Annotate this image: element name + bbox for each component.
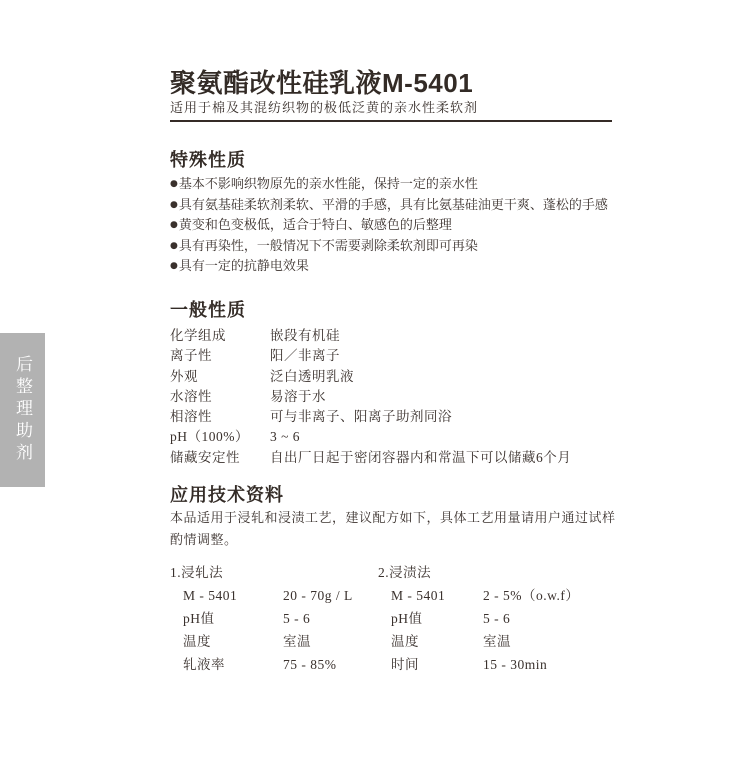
property-value: 自出厂日起于密闭容器内和常温下可以储藏6个月 [270, 448, 571, 468]
table-row: M - 5401 20 - 70g / L [170, 584, 353, 607]
method-title: 2.浸渍法 [378, 561, 579, 584]
property-label: pH（100%） [170, 427, 270, 447]
datasheet-page: 后整理助剂 聚氨酯改性硅乳液M-5401 适用于棉及其混纺织物的极低泛黄的亲水性… [0, 0, 747, 768]
table-row: pH值 5 - 6 [170, 607, 353, 630]
parameter-value: 20 - 70g / L [283, 584, 353, 607]
table-row: pH值 5 - 6 [378, 607, 579, 630]
section-heading-general-properties: 一般性质 [170, 296, 246, 322]
property-label: 储藏安定性 [170, 448, 270, 468]
table-row: 化学组成 嵌段有机硅 [170, 326, 571, 346]
category-tab-label: 后整理助剂 [10, 355, 35, 465]
property-label: 化学组成 [170, 326, 270, 346]
parameter-label: 轧液率 [183, 653, 283, 676]
table-row: M - 5401 2 - 5%（o.w.f） [378, 584, 579, 607]
list-item: ●具有一定的抗静电效果 [170, 256, 608, 277]
general-properties-table: 化学组成 嵌段有机硅 离子性 阳／非离子 外观 泛白透明乳液 水溶性 易溶于水 … [170, 326, 571, 468]
property-label: 外观 [170, 367, 270, 387]
table-row: 相溶性 可与非离子、阳离子助剂同浴 [170, 407, 571, 427]
category-tab: 后整理助剂 [0, 333, 45, 487]
bullet-icon: ● [170, 237, 178, 257]
property-value: 易溶于水 [270, 387, 326, 407]
parameter-value: 2 - 5%（o.w.f） [483, 584, 579, 607]
table-row: 轧液率 75 - 85% [170, 653, 353, 676]
property-label: 相溶性 [170, 407, 270, 427]
list-item-text: 黄变和色变极低，适合于特白、敏感色的后整理 [179, 217, 452, 232]
table-row: 温度 室温 [378, 630, 579, 653]
list-item-text: 具有再染性，一般情况下不需要剥除柔软剂即可再染 [179, 238, 478, 253]
table-row: 水溶性 易溶于水 [170, 387, 571, 407]
page-subtitle: 适用于棉及其混纺织物的极低泛黄的亲水性柔软剂 [170, 97, 478, 116]
bullet-icon: ● [170, 257, 178, 277]
application-intro: 本品适用于浸轧和浸渍工艺，建议配方如下，具体工艺用量请用户通过试样酌情调整。 [170, 507, 622, 550]
property-label: 水溶性 [170, 387, 270, 407]
page-title: 聚氨酯改性硅乳液M-5401 [170, 63, 473, 100]
bullet-icon: ● [170, 216, 178, 236]
parameter-value: 室温 [283, 630, 311, 653]
property-value: 3 ~ 6 [270, 427, 300, 447]
method-dipping-process: 2.浸渍法 M - 5401 2 - 5%（o.w.f） pH值 5 - 6 温… [378, 561, 579, 676]
parameter-value: 5 - 6 [283, 607, 310, 630]
property-value: 阳／非离子 [270, 346, 340, 366]
special-properties-list: ●基本不影响织物原先的亲水性能，保持一定的亲水性 ●具有氨基硅柔软剂柔软、平滑的… [170, 174, 608, 277]
parameter-label: 时间 [391, 653, 483, 676]
list-item: ●基本不影响织物原先的亲水性能，保持一定的亲水性 [170, 174, 608, 195]
property-value: 可与非离子、阳离子助剂同浴 [270, 407, 452, 427]
list-item-text: 具有一定的抗静电效果 [179, 258, 309, 273]
list-item: ●具有再染性，一般情况下不需要剥除柔软剂即可再染 [170, 236, 608, 257]
table-row: 储藏安定性 自出厂日起于密闭容器内和常温下可以储藏6个月 [170, 448, 571, 468]
bullet-icon: ● [170, 196, 178, 216]
title-divider [170, 120, 612, 122]
parameter-label: pH值 [391, 607, 483, 630]
parameter-value: 75 - 85% [283, 653, 337, 676]
parameter-value: 室温 [483, 630, 511, 653]
parameter-label: M - 5401 [391, 584, 483, 607]
parameter-value: 15 - 30min [483, 653, 547, 676]
list-item-text: 具有氨基硅柔软剂柔软、平滑的手感，具有比氨基硅油更干爽、蓬松的手感 [179, 197, 608, 212]
method-padding-process: 1.浸轧法 M - 5401 20 - 70g / L pH值 5 - 6 温度… [170, 561, 353, 676]
parameter-label: 温度 [183, 630, 283, 653]
property-value: 泛白透明乳液 [270, 367, 354, 387]
parameter-label: 温度 [391, 630, 483, 653]
table-row: 离子性 阳／非离子 [170, 346, 571, 366]
section-heading-application: 应用技术资料 [170, 481, 284, 507]
property-label: 离子性 [170, 346, 270, 366]
table-row: 温度 室温 [170, 630, 353, 653]
table-row: 时间 15 - 30min [378, 653, 579, 676]
list-item-text: 基本不影响织物原先的亲水性能，保持一定的亲水性 [179, 176, 478, 191]
section-heading-special-properties: 特殊性质 [170, 146, 246, 172]
table-row: 外观 泛白透明乳液 [170, 367, 571, 387]
list-item: ●具有氨基硅柔软剂柔软、平滑的手感，具有比氨基硅油更干爽、蓬松的手感 [170, 195, 608, 216]
parameter-label: pH值 [183, 607, 283, 630]
property-value: 嵌段有机硅 [270, 326, 340, 346]
table-row: pH（100%） 3 ~ 6 [170, 427, 571, 447]
bullet-icon: ● [170, 175, 178, 195]
parameter-value: 5 - 6 [483, 607, 510, 630]
method-title: 1.浸轧法 [170, 561, 353, 584]
list-item: ●黄变和色变极低，适合于特白、敏感色的后整理 [170, 215, 608, 236]
parameter-label: M - 5401 [183, 584, 283, 607]
